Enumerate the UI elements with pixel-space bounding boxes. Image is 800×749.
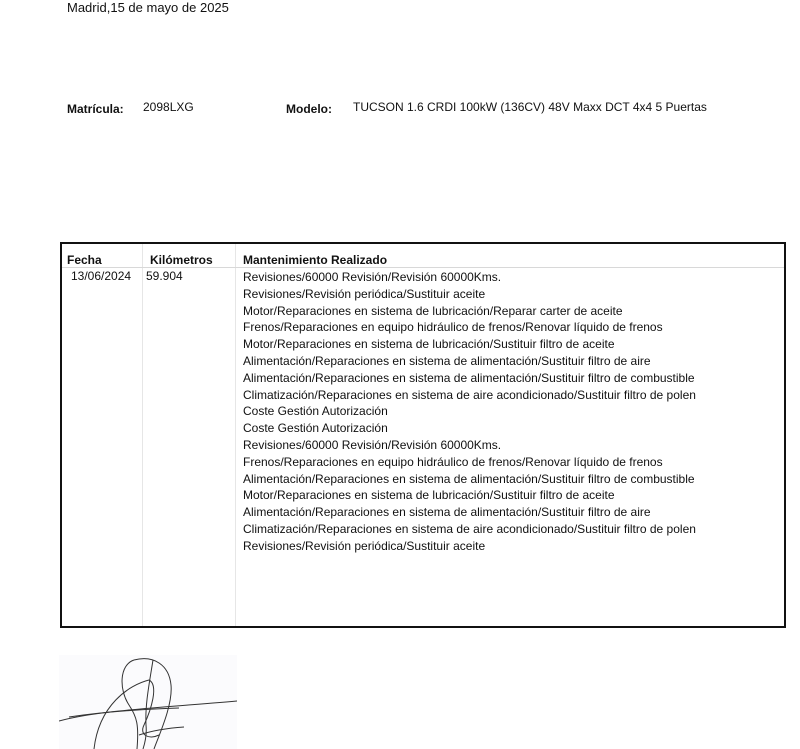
maintenance-item: Coste Gestión Autorización <box>243 403 703 420</box>
maintenance-item: Revisiones/60000 Revisión/Revisión 60000… <box>243 437 703 454</box>
maintenance-item: Climatización/Reparaciones en sistema de… <box>243 521 703 538</box>
row-kilometros: 59.904 <box>146 269 183 283</box>
maintenance-item: Alimentación/Reparaciones en sistema de … <box>243 370 703 387</box>
signature-icon <box>59 655 237 749</box>
maintenance-item: Motor/Reparaciones en sistema de lubrica… <box>243 303 703 320</box>
maintenance-item: Alimentación/Reparaciones en sistema de … <box>243 353 703 370</box>
column-header-mantenimiento: Mantenimiento Realizado <box>243 253 387 267</box>
column-divider <box>142 244 143 626</box>
column-header-kilometros: Kilómetros <box>150 253 213 267</box>
maintenance-item: Frenos/Reparaciones en equipo hidráulico… <box>243 454 703 471</box>
maintenance-item: Coste Gestión Autorización <box>243 420 703 437</box>
column-divider <box>235 244 236 626</box>
maintenance-item: Motor/Reparaciones en sistema de lubrica… <box>243 487 703 504</box>
maintenance-item: Revisiones/Revisión periódica/Sustituir … <box>243 286 703 303</box>
maintenance-item: Motor/Reparaciones en sistema de lubrica… <box>243 336 703 353</box>
maintenance-item: Climatización/Reparaciones en sistema de… <box>243 387 703 404</box>
matricula-value: 2098LXG <box>143 100 194 114</box>
maintenance-item: Alimentación/Reparaciones en sistema de … <box>243 471 703 488</box>
column-header-fecha: Fecha <box>67 253 102 267</box>
maintenance-item: Revisiones/Revisión periódica/Sustituir … <box>243 538 703 555</box>
modelo-value: TUCSON 1.6 CRDI 100kW (136CV) 48V Maxx D… <box>353 100 707 114</box>
maintenance-items-list: Revisiones/60000 Revisión/Revisión 60000… <box>243 269 703 555</box>
maintenance-table: Fecha Kilómetros Mantenimiento Realizado… <box>60 242 786 628</box>
maintenance-item: Revisiones/60000 Revisión/Revisión 60000… <box>243 269 703 286</box>
maintenance-item: Frenos/Reparaciones en equipo hidráulico… <box>243 319 703 336</box>
maintenance-item: Alimentación/Reparaciones en sistema de … <box>243 504 703 521</box>
modelo-label: Modelo: <box>286 102 332 116</box>
document-date: Madrid,15 de mayo de 2025 <box>67 0 229 15</box>
row-fecha: 13/06/2024 <box>71 269 131 283</box>
matricula-label: Matrícula: <box>67 102 124 116</box>
header-divider <box>62 267 784 268</box>
signature-image <box>59 655 237 749</box>
